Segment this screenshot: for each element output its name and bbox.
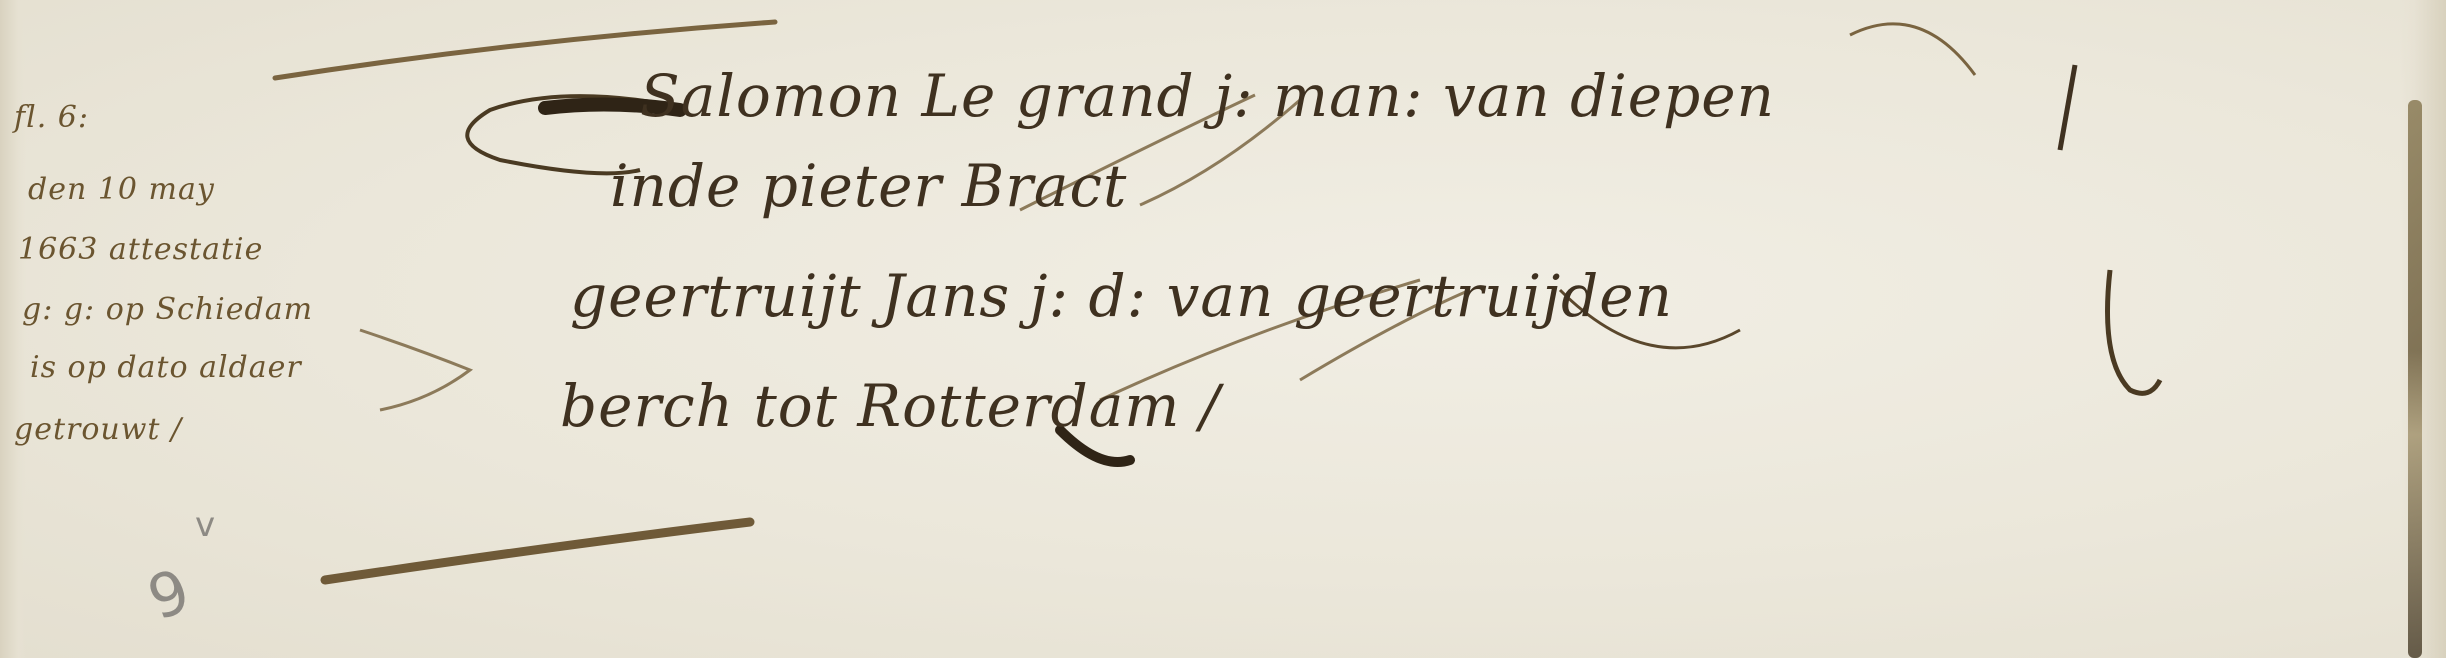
margin-line-folio: fl. 6: [14, 100, 89, 135]
margin-line-same-date: is op dato aldaer [30, 350, 302, 385]
margin-line-year-attestation: 1663 attestatie [18, 232, 263, 267]
entry-line-bride-residence: berch tot Rotterdam / [560, 372, 1220, 440]
entry-line-bride: geertruijt Jans j: d: van geertruijden [570, 262, 1673, 330]
margin-line-place: g: g: op Schiedam [22, 292, 313, 327]
entry-line-groom-address: inde pieter Bract [610, 152, 1127, 220]
pencil-check-mark: v [195, 505, 216, 545]
margin-line-date: den 10 may [28, 172, 215, 207]
margin-line-married: getrouwt / [14, 412, 182, 447]
manuscript-page: fl. 6: den 10 may 1663 attestatie g: g: … [0, 0, 2446, 658]
entry-line-groom: Salomon Le grand j: man: van diepen [640, 62, 1775, 130]
